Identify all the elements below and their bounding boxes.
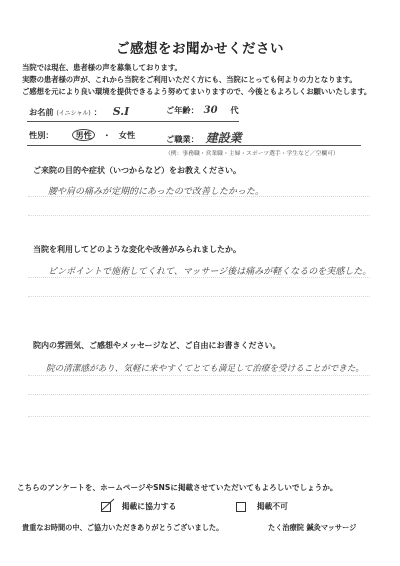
question-2-label: 当院を利用してどのような変化や改善がみられましたか。 — [33, 244, 241, 255]
consent-option-agree[interactable]: 掲載に協力する — [101, 501, 176, 512]
thanks-message: 貴重なお時間の中、ご協力いただきありがとうございました。 — [22, 523, 223, 533]
answer-3-line-2 — [28, 394, 370, 395]
occupation-label: ご職業： — [166, 134, 199, 144]
answer-1-line-1 — [28, 196, 370, 197]
question-2-answer[interactable]: ピンポイントで施術してくれて、マッサージ後は痛みが軽くなるのを実感した。 — [48, 264, 371, 277]
question-3-answer[interactable]: 院の清潔感があり、気軽に来やすくてとても満足して治療を受けることができた。 — [46, 362, 364, 374]
intro-line-2: 実際の患者様の声が、これから当院をご利用いただく方にも、当院にとっても何よりの力… — [22, 74, 357, 85]
gender-option-female[interactable]: 女性 — [119, 130, 135, 140]
answer-2-line-2 — [28, 296, 370, 297]
name-label: お名前 — [29, 107, 54, 117]
checkbox-unchecked-icon[interactable] — [236, 502, 246, 512]
occupation-field[interactable]: ご職業： 建設業 — [166, 129, 242, 146]
name-colon: ： — [94, 107, 102, 117]
clinic-name: たく治療院 鍼灸マッサージ — [268, 523, 356, 533]
gender-label: 性別： — [29, 130, 54, 140]
intro-line-3: ご感想を元により良い環境を提供できるよう努めてまいりますので、今後ともよろしくお… — [22, 86, 371, 97]
answer-2-line-1 — [28, 277, 370, 278]
answer-3-line-1 — [28, 375, 370, 376]
question-1-label: ご来院の目的や症状（いつからなど）をお教えください。 — [33, 165, 241, 176]
name-sub-label: (イニシャル) — [56, 110, 90, 117]
checkbox-checked-icon[interactable] — [101, 502, 111, 512]
consent-option-decline-label: 掲載不可 — [257, 502, 288, 511]
form-title: ご感想をお聞かせください — [0, 37, 400, 57]
name-age-underline — [27, 121, 239, 122]
gender-occupation-underline — [27, 145, 361, 146]
occupation-value: 建設業 — [206, 131, 242, 145]
occupation-hint: （例：事務職・営業職・主婦・スポーツ選手・学生など／空欄可） — [165, 148, 339, 157]
age-label: ご年齢： — [166, 105, 199, 115]
age-field[interactable]: ご年齢： 30 代 — [166, 105, 239, 116]
gender-option-male-selected[interactable]: 男性 — [72, 129, 94, 141]
consent-question: こちらのアンケートを、ホームページやSNSに掲載させていただいてもよろしいでしょ… — [17, 482, 337, 493]
age-suffix: 代 — [230, 105, 238, 115]
answer-3-line-3 — [28, 416, 370, 417]
age-value: 30 — [204, 105, 218, 116]
gender-separator: ・ — [103, 130, 111, 140]
name-field[interactable]: お名前 (イニシャル) ： S.I — [29, 105, 129, 118]
question-3-label: 院内の雰囲気、ご感想やメッセージなど、ご自由にお書きください。 — [33, 340, 281, 351]
gender-field: 性別： 男性 ・ 女性 — [29, 129, 135, 141]
answer-1-line-2 — [28, 215, 370, 216]
name-value: S.I — [113, 105, 130, 118]
intro-line-1: 当院では現在、患者様の声を募集しております。 — [22, 62, 182, 73]
consent-option-decline[interactable]: 掲載不可 — [236, 501, 288, 512]
consent-option-agree-label: 掲載に協力する — [122, 502, 177, 511]
